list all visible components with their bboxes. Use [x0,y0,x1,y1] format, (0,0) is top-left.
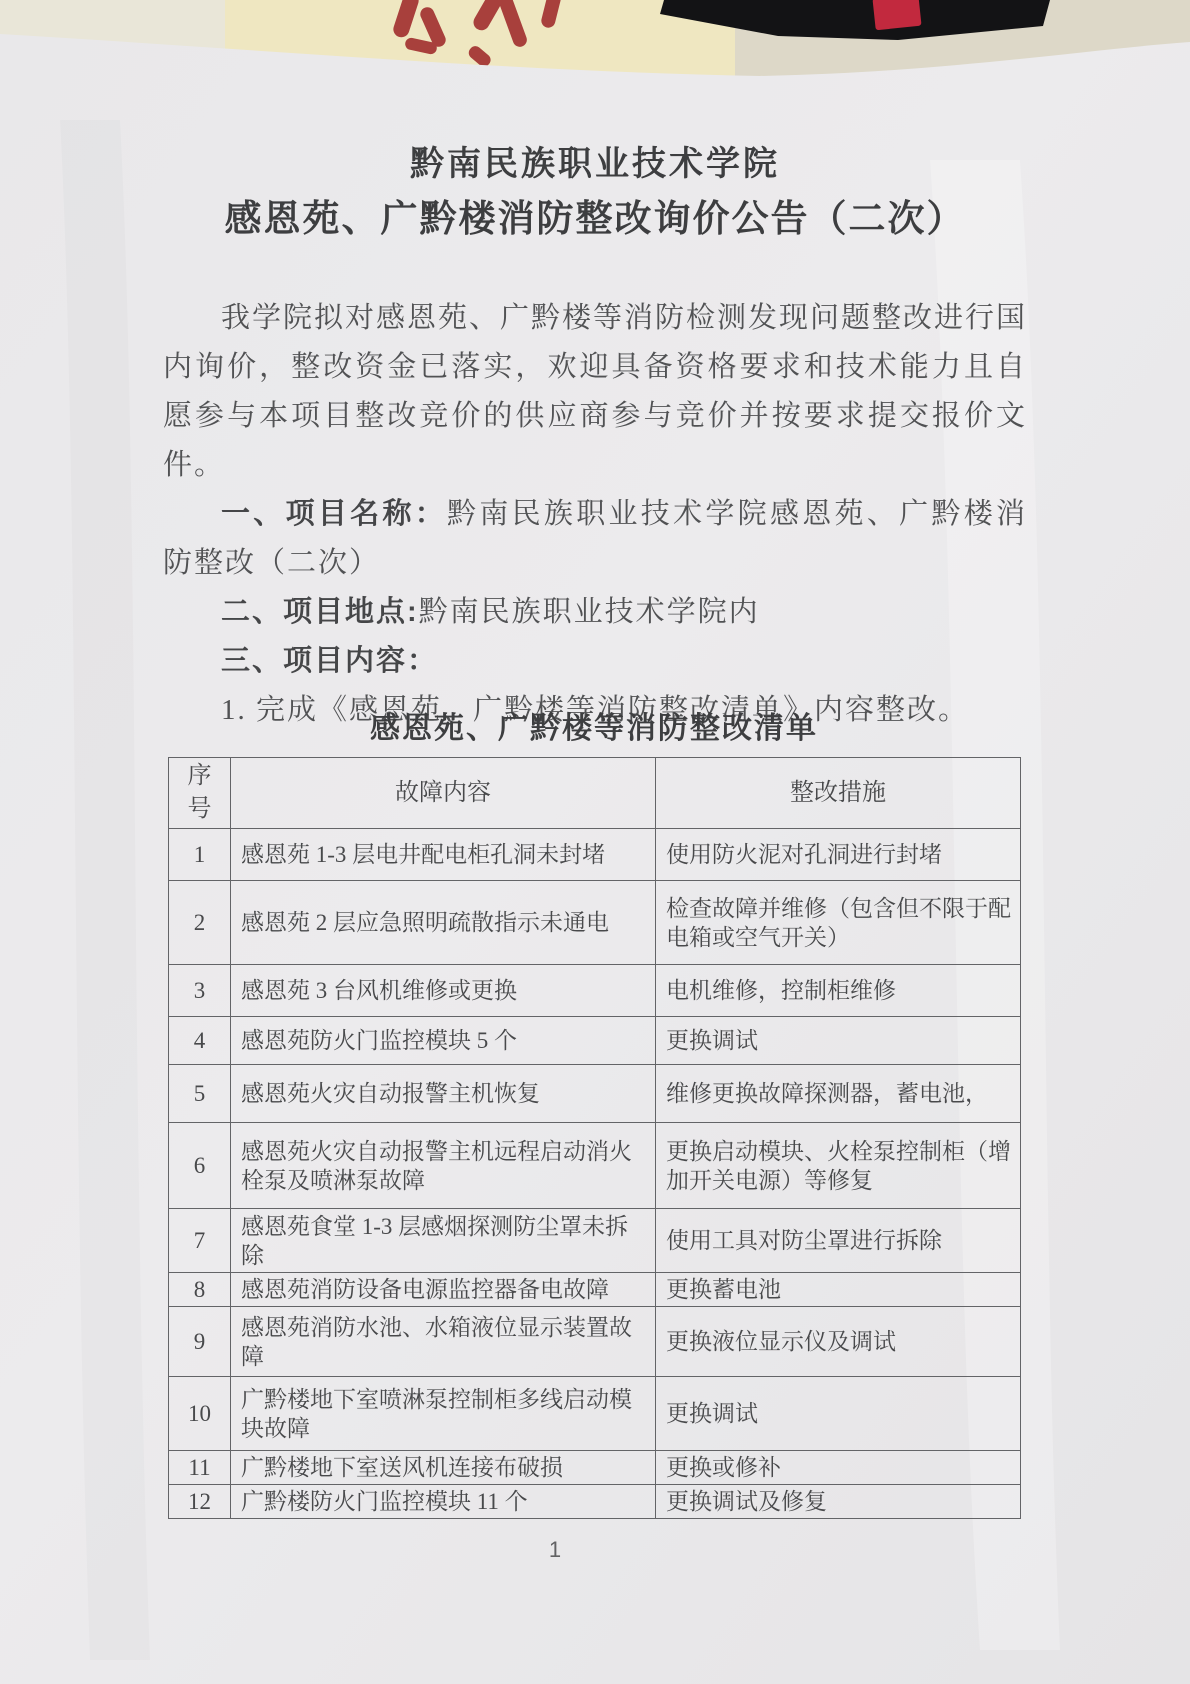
notice-title: 感恩苑、广黔楼消防整改询价公告（二次） [0,188,1190,242]
cell-seq: 3 [169,965,231,1017]
scanned-document-photo: 黔南民族职业技术学院 感恩苑、广黔楼消防整改询价公告（二次） 我学院拟对感恩苑、… [0,0,1190,1684]
table-row: 11广黔楼地下室送风机连接布破损更换或修补 [169,1451,1021,1485]
table-row: 8感恩苑消防设备电源监控器备电故障更换蓄电池 [169,1273,1021,1307]
cell-seq: 4 [169,1017,231,1065]
notice-body: 我学院拟对感恩苑、广黔楼等消防检测发现问题整改进行国内询价，整改资金已落实，欢迎… [163,294,1027,735]
cell-seq: 11 [169,1451,231,1485]
notice-page: 黔南民族职业技术学院 感恩苑、广黔楼消防整改询价公告（二次） 我学院拟对感恩苑、… [0,0,1190,1684]
table-row: 5感恩苑火灾自动报警主机恢复维修更换故障探测器，蓄电池， [169,1065,1021,1123]
item-label: 三、项目内容： [221,645,438,677]
cell-seq: 5 [169,1065,231,1123]
item-label: 二、项目地点: [221,596,419,628]
cell-measure: 使用防火泥对孔洞进行封堵 [656,829,1021,881]
page-number: 1 [470,1537,640,1563]
item-label: 一、项目名称： [221,498,447,530]
table-row: 12广黔楼防火门监控模块 11 个更换调试及修复 [169,1485,1021,1519]
cell-fault: 感恩苑食堂 1-3 层感烟探测防尘罩未拆除 [231,1209,656,1273]
rectification-table-body: 1感恩苑 1-3 层电井配电柜孔洞未封堵使用防火泥对孔洞进行封堵2感恩苑 2 层… [169,829,1021,1519]
cell-seq: 10 [169,1377,231,1451]
cell-fault: 感恩苑防火门监控模块 5 个 [231,1017,656,1065]
cell-fault: 广黔楼防火门监控模块 11 个 [231,1485,656,1519]
cell-measure: 更换蓄电池 [656,1273,1021,1307]
cell-measure: 更换调试 [656,1377,1021,1451]
cell-fault: 感恩苑火灾自动报警主机远程启动消火栓泵及喷淋泵故障 [231,1123,656,1209]
cell-seq: 9 [169,1307,231,1377]
table-row: 6感恩苑火灾自动报警主机远程启动消火栓泵及喷淋泵故障更换启动模块、火栓泵控制柜（… [169,1123,1021,1209]
cell-fault: 感恩苑 3 台风机维修或更换 [231,965,656,1017]
item-text: 黔南民族职业技术学院内 [419,596,760,628]
table-row: 10广黔楼地下室喷淋泵控制柜多线启动模块故障更换调试 [169,1377,1021,1451]
rectification-table: 序号 故障内容 整改措施 1感恩苑 1-3 层电井配电柜孔洞未封堵使用防火泥对孔… [168,757,1021,1519]
cell-fault: 感恩苑 1-3 层电井配电柜孔洞未封堵 [231,829,656,881]
cell-seq: 8 [169,1273,231,1307]
cell-measure: 更换或修补 [656,1451,1021,1485]
header-seq: 序号 [169,758,231,829]
cell-measure: 更换调试 [656,1017,1021,1065]
cell-fault: 感恩苑火灾自动报警主机恢复 [231,1065,656,1123]
cell-fault: 感恩苑消防设备电源监控器备电故障 [231,1273,656,1307]
intro-paragraph: 我学院拟对感恩苑、广黔楼等消防检测发现问题整改进行国内询价，整改资金已落实，欢迎… [163,294,1027,490]
header-measure: 整改措施 [656,758,1021,829]
item-project-content: 三、项目内容： [163,637,1027,686]
cell-fault: 广黔楼地下室喷淋泵控制柜多线启动模块故障 [231,1377,656,1451]
cell-seq: 12 [169,1485,231,1519]
table-row: 1感恩苑 1-3 层电井配电柜孔洞未封堵使用防火泥对孔洞进行封堵 [169,829,1021,881]
table-row: 7感恩苑食堂 1-3 层感烟探测防尘罩未拆除使用工具对防尘罩进行拆除 [169,1209,1021,1273]
cell-measure: 电机维修，控制柜维修 [656,965,1021,1017]
item-project-name: 一、项目名称：黔南民族职业技术学院感恩苑、广黔楼消防整改（二次） [163,490,1027,588]
cell-measure: 维修更换故障探测器，蓄电池， [656,1065,1021,1123]
cell-seq: 1 [169,829,231,881]
cell-seq: 7 [169,1209,231,1273]
cell-fault: 感恩苑 2 层应急照明疏散指示未通电 [231,881,656,965]
cell-measure: 检查故障并维修（包含但不限于配电箱或空气开关） [656,881,1021,965]
cell-measure: 更换液位显示仪及调试 [656,1307,1021,1377]
cell-fault: 感恩苑消防水池、水箱液位显示装置故障 [231,1307,656,1377]
cell-measure: 更换启动模块、火栓泵控制柜（增加开关电源）等修复 [656,1123,1021,1209]
institution-title: 黔南民族职业技术学院 [0,136,1190,185]
cell-seq: 2 [169,881,231,965]
cell-measure: 更换调试及修复 [656,1485,1021,1519]
cell-fault: 广黔楼地下室送风机连接布破损 [231,1451,656,1485]
item-project-location: 二、项目地点:黔南民族职业技术学院内 [163,588,1027,637]
table-row: 3感恩苑 3 台风机维修或更换电机维修，控制柜维修 [169,965,1021,1017]
rectification-list-title: 感恩苑、广黔楼等消防整改清单 [168,703,1020,747]
table-header-row: 序号 故障内容 整改措施 [169,758,1021,829]
header-fault: 故障内容 [231,758,656,829]
cell-measure: 使用工具对防尘罩进行拆除 [656,1209,1021,1273]
table-row: 4感恩苑防火门监控模块 5 个更换调试 [169,1017,1021,1065]
table-row: 9感恩苑消防水池、水箱液位显示装置故障更换液位显示仪及调试 [169,1307,1021,1377]
cell-seq: 6 [169,1123,231,1209]
table-row: 2感恩苑 2 层应急照明疏散指示未通电检查故障并维修（包含但不限于配电箱或空气开… [169,881,1021,965]
